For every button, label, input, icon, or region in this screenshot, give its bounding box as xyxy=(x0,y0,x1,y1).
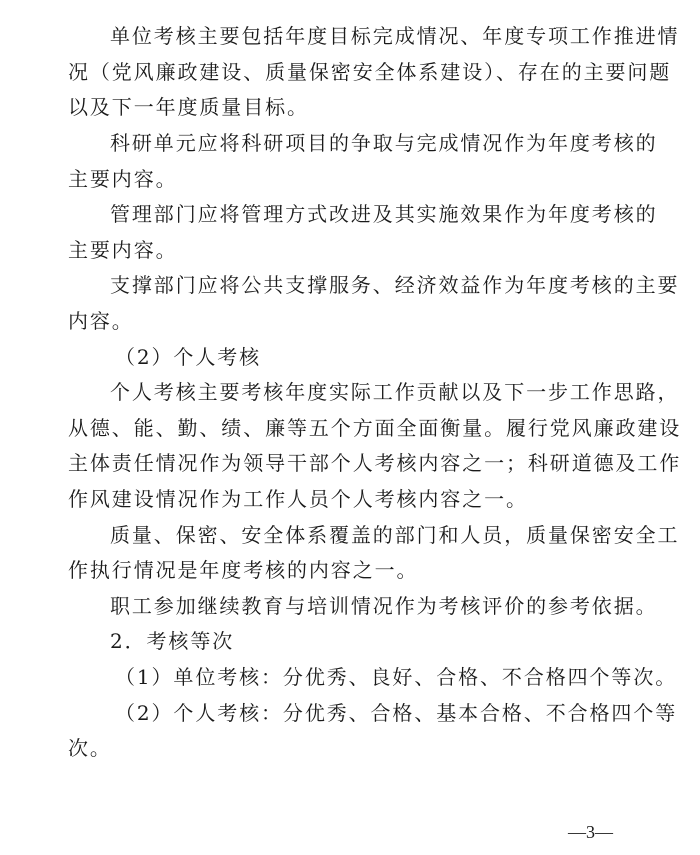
paragraph-line: 以及下一年度质量目标。 xyxy=(68,92,309,122)
paragraph-line: 主要内容。 xyxy=(68,235,178,265)
page-number: —3— xyxy=(568,820,613,844)
paragraph-line: 职工参加继续教育与培训情况作为考核评价的参考依据。 xyxy=(110,591,658,621)
paragraph-line: 作风建设情况作为工作人员个人考核内容之一。 xyxy=(68,484,528,514)
paragraph-line: 内容。 xyxy=(68,306,134,336)
paragraph-line: 支撑部门应将公共支撑服务、经济效益作为年度考核的主要 xyxy=(110,270,679,300)
list-item: （2）个人考核：分优秀、合格、基本合格、不合格四个等 xyxy=(115,698,677,728)
paragraph-line: 个人考核主要考核年度实际工作贡献以及下一步工作思路， xyxy=(110,377,679,407)
paragraph-line: 单位考核主要包括年度目标完成情况、年度专项工作推进情 xyxy=(110,21,679,51)
paragraph-line: 科研单元应将科研项目的争取与完成情况作为年度考核的 xyxy=(110,128,658,158)
paragraph-line: 况（党风廉政建设、质量保密安全体系建设）、存在的主要问题 xyxy=(68,57,671,87)
paragraph-line: 次。 xyxy=(68,733,112,763)
paragraph-line: 作执行情况是年度考核的内容之一。 xyxy=(68,555,418,585)
paragraph-line: 从德、能、勤、绩、廉等五个方面全面衡量。履行党风廉政建设 xyxy=(68,413,681,443)
paragraph-line: 管理部门应将管理方式改进及其实施效果作为年度考核的 xyxy=(110,199,658,229)
section-heading: 2．考核等次 xyxy=(110,626,234,656)
list-item: （1）单位考核：分优秀、良好、合格、不合格四个等次。 xyxy=(115,662,677,692)
section-heading: （2）个人考核 xyxy=(115,342,261,372)
paragraph-line: 质量、保密、安全体系覆盖的部门和人员，质量保密安全工 xyxy=(110,520,679,550)
paragraph-line: 主要内容。 xyxy=(68,164,178,194)
paragraph-line: 主体责任情况作为领导干部个人考核内容之一；科研道德及工作 xyxy=(68,448,681,478)
document-page: 单位考核主要包括年度目标完成情况、年度专项工作推进情 况（党风廉政建设、质量保密… xyxy=(0,0,700,855)
